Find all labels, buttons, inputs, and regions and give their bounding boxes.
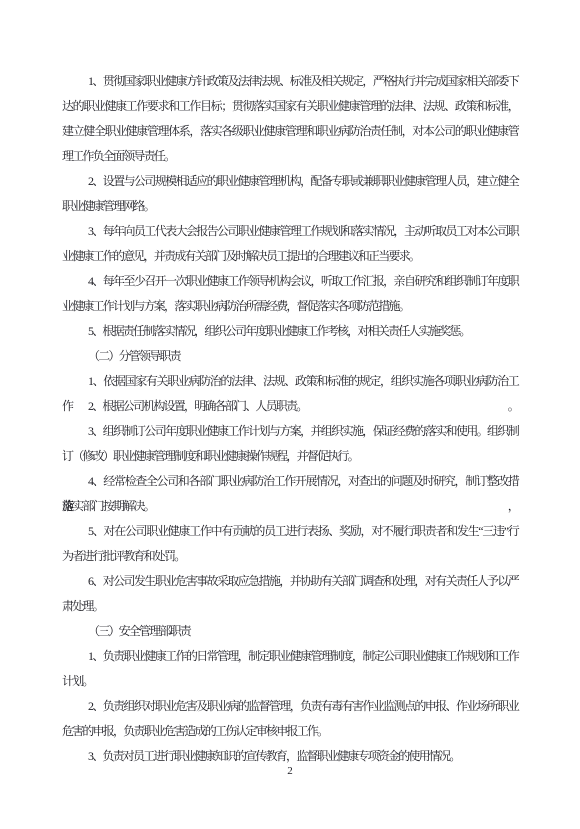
text-line: 业健康工作的意见，并责成有关部门及时解决员工提出的合理建议和正当要求。 — [62, 244, 518, 269]
text-line: 危害的申报，负责职业危害造成的工伤认定审核申报工作。 — [62, 719, 518, 744]
text-line: 肃处理。 — [62, 594, 518, 619]
text-line: 4、每年至少召开一次职业健康工作领导机构会议，听取工作汇报，亲自研究和组织制订年… — [62, 269, 518, 294]
text-line: 计划。 — [62, 669, 518, 694]
text-line: 职业健康管理网络。 — [62, 194, 518, 219]
text-line: 2、设置与公司规模相适应的职业健康管理机构，配备专职或兼职职业健康管理人员，建立… — [62, 169, 518, 194]
text-line: 6、对公司发生职业危害事故采取应急措施，并协助有关部门调查和处理，对有关责任人予… — [62, 569, 518, 594]
text-line: 理工作负全面领导责任。 — [62, 144, 518, 169]
text-line: （二）分管领导职责 — [62, 344, 518, 369]
text-line: 1、贯彻国家职业健康方针政策及法律法规、标准及相关规定，严格执行并完成国家相关部… — [62, 69, 518, 94]
text-line: 订（修改）职业健康管理制度和职业健康操作规程，并督促执行。 — [62, 444, 518, 469]
document-page: 1、贯彻国家职业健康方针政策及法律法规、标准及相关规定，严格执行并完成国家相关部… — [0, 0, 580, 829]
text-line: 为者进行批评教育和处罚。 — [62, 544, 518, 569]
text-line: 5、对在公司职业健康工作中有贡献的员工进行表扬、奖励，对不履行职责者和发生“三违… — [62, 519, 518, 544]
text-line: 2、负责组织对职业危害及职业病的监督管理，负责有毒有害作业监测点的申报、作业场所… — [62, 694, 518, 719]
text-line: 4、经常检查全公司和各部门职业病防治工作开展情况，对查出的问题及时研究，制订整改… — [62, 469, 518, 494]
text-line: 3、每年向员工代表大会报告公司职业健康管理工作规划和落实情况，主动听取员工对本公… — [62, 219, 518, 244]
text-line: 1、依据国家有关职业病防治的法律、法规、政策和标准的规定，组织实施各项职业病防治… — [62, 369, 518, 394]
text-line: （三）安全管理部职责 — [62, 619, 518, 644]
page-number: 2 — [0, 765, 580, 777]
text-line: 业健康工作计划与方案，落实职业病防治所需经费，督促落实各项防范措施。 — [62, 294, 518, 319]
text-line: 达的职业健康工作要求和工作目标；贯彻落实国家有关职业健康管理的法律、法规、政策和… — [62, 94, 518, 119]
text-line: 1、负责职业健康工作的日常管理，制定职业健康管理制度，制定公司职业健康工作规划和… — [62, 644, 518, 669]
text-line: 建立健全职业健康管理体系，落实各级职业健康管理和职业病防治责任制，对本公司的职业… — [62, 119, 518, 144]
text-line: 5、根据责任制落实情况，组织公司年度职业健康工作考核，对相关责任人实施奖惩。 — [62, 319, 518, 344]
document-body: 1、贯彻国家职业健康方针政策及法律法规、标准及相关规定，严格执行并完成国家相关部… — [62, 69, 518, 769]
text-line: 3、组织制订公司年度职业健康工作计划与方案，并组织实施，保证经费的落实和使用。组… — [62, 419, 518, 444]
